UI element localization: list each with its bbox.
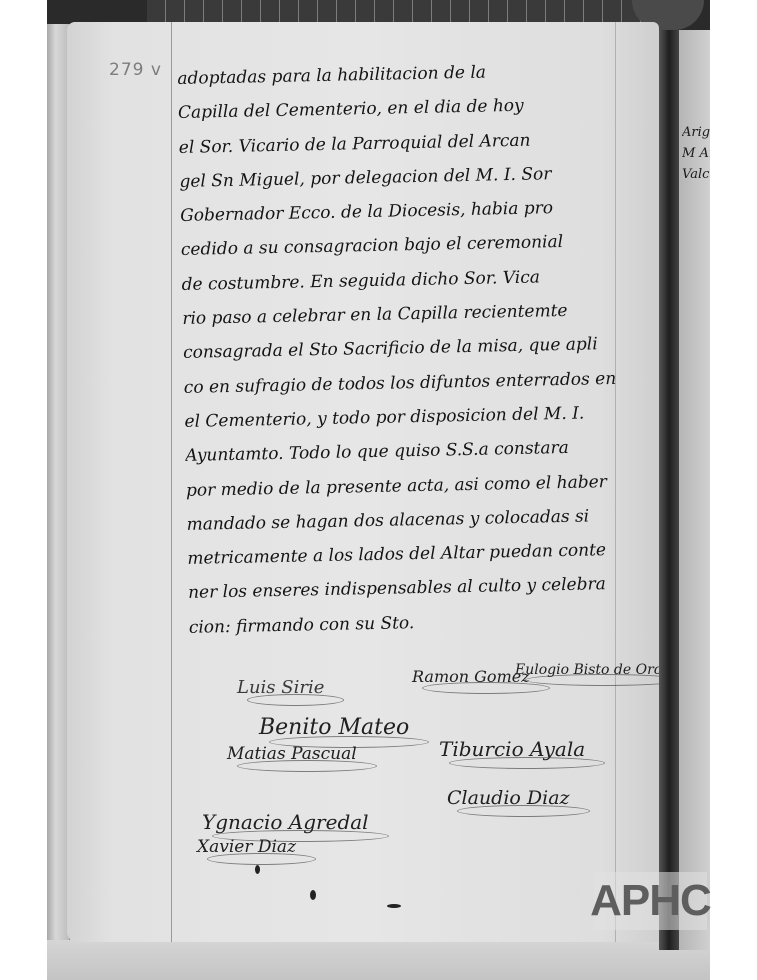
signature-luis-sirie: Luis Sirie [237, 677, 324, 698]
text-line: Arig [682, 122, 710, 143]
signature-ygnacio-agredal: Ygnacio Agredal [202, 810, 369, 834]
document-scan: 279 v adoptadas para la habilitacion de … [47, 0, 710, 980]
archive-watermark-logo: APHC [594, 872, 707, 930]
binding-gutter [659, 30, 679, 950]
signature-xavier-diaz: Xavier Diaz [197, 837, 296, 857]
signature-eulogio: Eulogio Bisto de Oro [515, 662, 662, 678]
adjacent-page-text: Arig M Ar Valc [682, 122, 710, 185]
ink-blot [310, 890, 316, 900]
table-surface [47, 938, 710, 980]
text-line: M Ar [682, 143, 710, 164]
ink-blot [255, 865, 260, 874]
signature-matias-pascual: Matias Pascual [227, 744, 357, 764]
ink-blot [387, 904, 401, 908]
adjacent-page: Arig M Ar Valc [679, 30, 710, 950]
margin-rule [171, 22, 172, 942]
signature-ramon-gomez: Ramon Gomez [412, 667, 530, 686]
text-line: Valc [682, 164, 710, 185]
folio-number: 279 v [109, 60, 162, 80]
manuscript-page: 279 v adoptadas para la habilitacion de … [67, 22, 659, 942]
signature-claudio-diaz: Claudio Diaz [447, 787, 570, 809]
signature-tiburcio-ayala: Tiburcio Ayala [439, 737, 585, 761]
signature-benito-mateo: Benito Mateo [259, 715, 409, 740]
handwritten-body: adoptadas para la habilitacion de la Cap… [177, 52, 644, 644]
